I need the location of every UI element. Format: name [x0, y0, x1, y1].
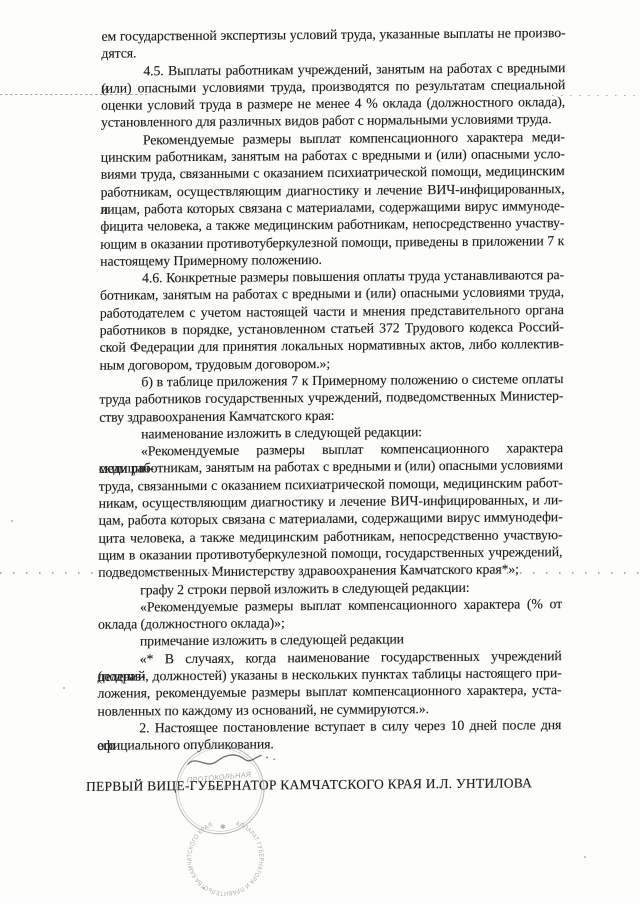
stamp-ring-text: АППАРАТ ГУБЕРНАТОРА И ПРАВИТЕЛЬСТВА КАМЧ…: [183, 817, 267, 900]
text-line: ложения, рекомендуемые размеры выплат ко…: [97, 681, 561, 702]
handwritten-signature-squiggle: [188, 755, 261, 764]
signature-line: ПЕРВЫЙ ВИЦЕ-ГУБЕРНАТОР КАМЧАТСКОГО КРАЯ …: [86, 774, 572, 795]
scan-warp-layer: ем государственной экспертизы условий тр…: [0, 0, 640, 905]
text-line: ющим в оказании противотуберкулезной пом…: [100, 232, 564, 253]
scan-speck: [203, 887, 205, 889]
text-line: официального опубликования.: [97, 733, 561, 754]
text-line: ской Федерации для принятия локальных но…: [100, 335, 564, 356]
scan-speck: [11, 520, 13, 522]
text-line: подведомственных Министерству здравоохра…: [98, 560, 562, 581]
scan-speck: [63, 687, 65, 689]
text-line: труда работников государственных учрежде…: [99, 387, 563, 408]
document-body-text: ем государственной экспертизы условий тр…: [97, 24, 565, 754]
signature-ink-dot: [273, 758, 275, 760]
signature-ink-dot: [266, 756, 268, 758]
round-stamp: АППАРАТ ГУБЕРНАТОРА И ПРАВИТЕЛЬСТВА КАМЧ…: [173, 742, 273, 901]
document-page: ем государственной экспертизы условий тр…: [0, 0, 640, 905]
stamp-star-icon: ✱: [220, 823, 227, 832]
scan-speck: [584, 856, 586, 858]
